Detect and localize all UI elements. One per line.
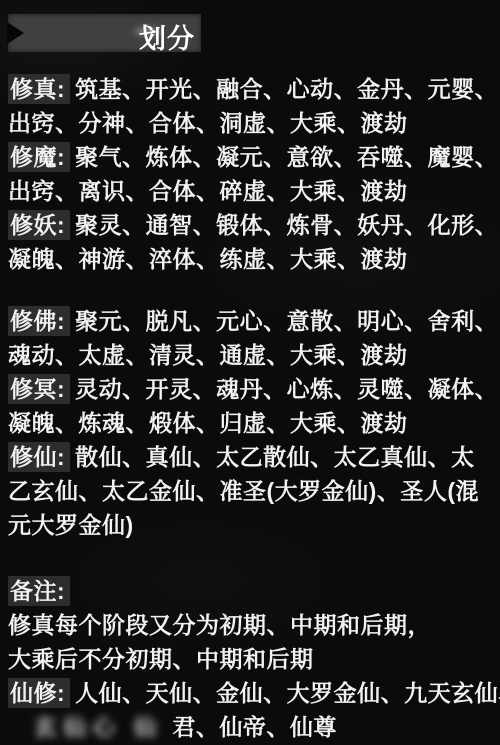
section-label-xiuming: 修冥: [8, 374, 70, 404]
section-xiuzhen: 修真:筑基、开光、融合、心动、金丹、元婴、 出窍、分神、合体、洞虚、大乘、渡劫 [8, 72, 494, 140]
cultivation-line: 凝魄、炼魂、煅体、归虚、大乘、渡劫 [8, 406, 494, 440]
note-line: 大乘后不分初期、中期和后期 [8, 642, 494, 676]
cultivation-line: 魂动、太虚、清灵、通虚、大乘、渡劫 [8, 338, 494, 372]
section-label-beizhu: 备注: [8, 576, 70, 606]
cultivation-line: 修魔:聚气、炼体、凝元、意欲、吞噬、魔婴、 [8, 140, 494, 174]
section-xiuxian: 修仙:散仙、真仙、太乙散仙、太乙真仙、太 乙玄仙、太乙金仙、准圣(大罗金仙)、圣… [8, 440, 494, 542]
blurred-text: 玄仙心 仙 [34, 714, 162, 740]
section-label-xiuyao: 修妖: [8, 210, 70, 240]
section-label-xiuzhen: 修真: [8, 74, 70, 104]
section-xiuyao: 修妖:聚灵、通智、锻体、炼骨、妖丹、化形、 凝魄、神游、淬体、练虚、大乘、渡劫 [8, 208, 494, 276]
note-line: 修真每个阶段又分为初期、中期和后期， [8, 608, 494, 642]
stage-list: 筑基、开光、融合、心动、金丹、元婴、 [75, 76, 498, 102]
stage-list: 君、仙帝、仙尊 [172, 714, 337, 740]
cultivation-line: 修真:筑基、开光、融合、心动、金丹、元婴、 [8, 72, 494, 106]
cultivation-line: 出窍、分神、合体、洞虚、大乘、渡劫 [8, 106, 494, 140]
stage-list: 散仙、真仙、太乙散仙、太乙真仙、太 [75, 444, 475, 470]
section-xiufo: 修佛:聚元、脱凡、元心、意散、明心、舍利、 魂动、太虚、清灵、通虚、大乘、渡劫 [8, 304, 494, 372]
section-xiumo: 修魔:聚气、炼体、凝元、意欲、吞噬、魔婴、 出窍、离识、合体、碎虚、大乘、渡劫 [8, 140, 494, 208]
section-xianxiu: 仙修:人仙、天仙、金仙、大罗金仙、九天玄仙、 玄仙心 仙君、仙帝、仙尊 [8, 676, 494, 744]
section-label-xianxiu: 仙修: [8, 678, 70, 708]
stage-list: 聚灵、通智、锻体、炼骨、妖丹、化形、 [75, 212, 498, 238]
cultivation-list: 修真:筑基、开光、融合、心动、金丹、元婴、 出窍、分神、合体、洞虚、大乘、渡劫 … [0, 72, 500, 744]
page-title: 划分 [139, 17, 195, 56]
cultivation-line: 修妖:聚灵、通智、锻体、炼骨、妖丹、化形、 [8, 208, 494, 242]
section-xiuming: 修冥:灵动、开灵、魂丹、心炼、灵噬、凝体、 凝魄、炼魂、煅体、归虚、大乘、渡劫 [8, 372, 494, 440]
cultivation-line: 元大罗金仙) [8, 508, 494, 542]
section-label-xiumo: 修魔: [8, 142, 70, 172]
section-notes: 备注: 修真每个阶段又分为初期、中期和后期， 大乘后不分初期、中期和后期 [8, 574, 494, 676]
cultivation-line: 乙玄仙、太乙金仙、准圣(大罗金仙)、圣人(混 [8, 474, 494, 508]
section-label-xiufo: 修佛: [8, 306, 70, 336]
cultivation-line: 修佛:聚元、脱凡、元心、意散、明心、舍利、 [8, 304, 494, 338]
cursor-arrow-icon [7, 22, 24, 44]
cultivation-line: 出窍、离识、合体、碎虚、大乘、渡劫 [8, 174, 494, 208]
stage-list: 聚气、炼体、凝元、意欲、吞噬、魔婴、 [75, 144, 498, 170]
cultivation-line: 仙修:人仙、天仙、金仙、大罗金仙、九天玄仙、 [8, 676, 494, 710]
stage-list: 人仙、天仙、金仙、大罗金仙、九天玄仙、 [75, 680, 500, 706]
stage-list: 聚元、脱凡、元心、意散、明心、舍利、 [75, 308, 498, 334]
cultivation-line-blurred: 玄仙心 仙君、仙帝、仙尊 [8, 710, 494, 744]
stage-list: 灵动、开灵、魂丹、心炼、灵噬、凝体、 [75, 376, 498, 402]
cultivation-line: 修仙:散仙、真仙、太乙散仙、太乙真仙、太 [8, 440, 494, 474]
cultivation-line: 凝魄、神游、淬体、练虚、大乘、渡劫 [8, 242, 494, 276]
cultivation-line: 修冥:灵动、开灵、魂丹、心炼、灵噬、凝体、 [8, 372, 494, 406]
notes-label-line: 备注: [8, 574, 494, 608]
title-bar: 划分 [8, 14, 201, 52]
section-label-xiuxian: 修仙: [8, 442, 70, 472]
